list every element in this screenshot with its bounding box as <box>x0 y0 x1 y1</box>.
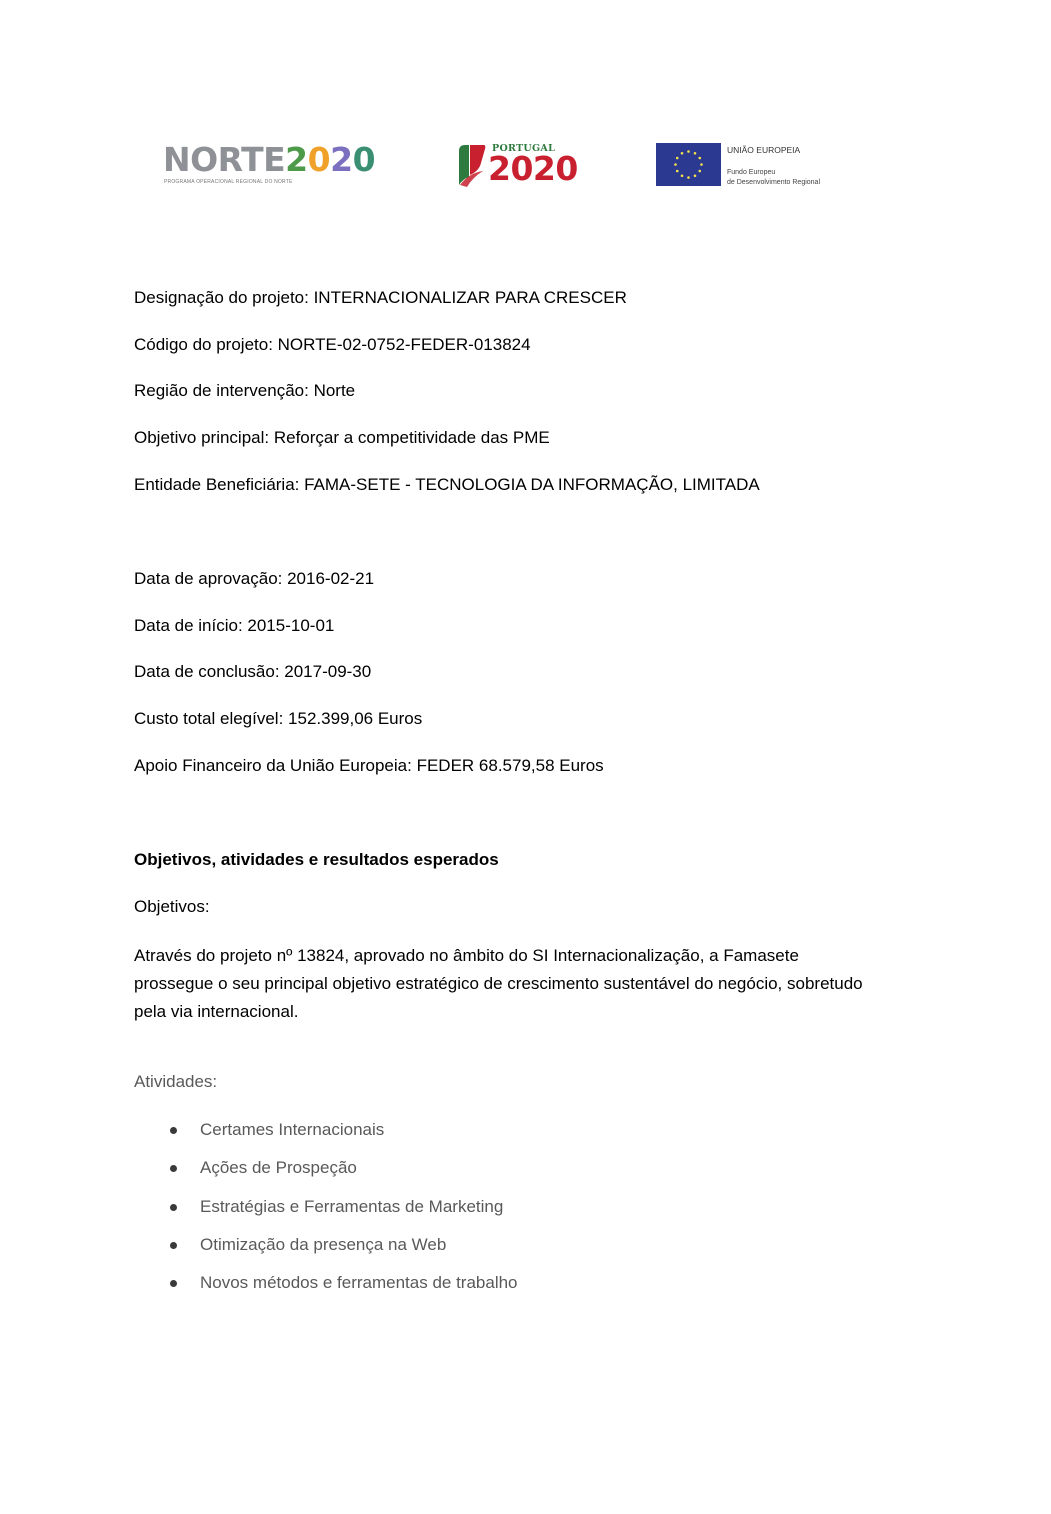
portugal2020-logo: PORTUGAL 2020 <box>457 141 597 189</box>
norte2020-logo: NORTE2020 PROGRAMA OPERACIONAL REGIONAL … <box>163 143 403 189</box>
bullet-icon <box>170 1280 177 1287</box>
objectives-label: Objetivos: <box>134 896 210 918</box>
project-region: Região de intervenção: Norte <box>134 380 355 402</box>
section-heading: Objetivos, atividades e resultados esper… <box>134 849 499 871</box>
eu-fund-name: Fundo Europeu de Desenvolvimento Regiona… <box>727 168 820 187</box>
bullet-icon <box>170 1165 177 1172</box>
eu-title: UNIÃO EUROPEIA <box>727 145 800 155</box>
bullet-icon <box>170 1242 177 1249</box>
approval-date: Data de aprovação: 2016-02-21 <box>134 568 374 590</box>
total-eligible-cost: Custo total elegível: 152.399,06 Euros <box>134 708 422 730</box>
eu-logo: UNIÃO EUROPEIA Fundo Europeu de Desenvol… <box>656 143 846 189</box>
bullet-icon <box>170 1204 177 1211</box>
project-beneficiary: Entidade Beneficiária: FAMA-SETE - TECNO… <box>134 474 760 496</box>
document-page: NORTE2020 PROGRAMA OPERACIONAL REGIONAL … <box>0 0 1051 1514</box>
eu-flag-icon <box>656 143 721 186</box>
bullet-icon <box>170 1127 177 1134</box>
project-code: Código do projeto: NORTE-02-0752-FEDER-0… <box>134 334 531 356</box>
portugal-flag-mark-icon <box>457 143 487 187</box>
project-designation: Designação do projeto: INTERNACIONALIZAR… <box>134 287 627 309</box>
start-date: Data de início: 2015-10-01 <box>134 615 334 637</box>
norte2020-wordmark: NORTE2020 <box>163 143 375 177</box>
objectives-paragraph: Através do projeto nº 13824, aprovado no… <box>134 942 874 1026</box>
project-main-objective: Objetivo principal: Reforçar a competiti… <box>134 427 550 449</box>
portugal-year: 2020 <box>488 151 578 187</box>
activities-label: Atividades: <box>134 1071 217 1093</box>
norte2020-subtitle: PROGRAMA OPERACIONAL REGIONAL DO NORTE <box>164 179 293 185</box>
end-date: Data de conclusão: 2017-09-30 <box>134 661 371 683</box>
eu-financial-support: Apoio Financeiro da União Europeia: FEDE… <box>134 755 604 777</box>
